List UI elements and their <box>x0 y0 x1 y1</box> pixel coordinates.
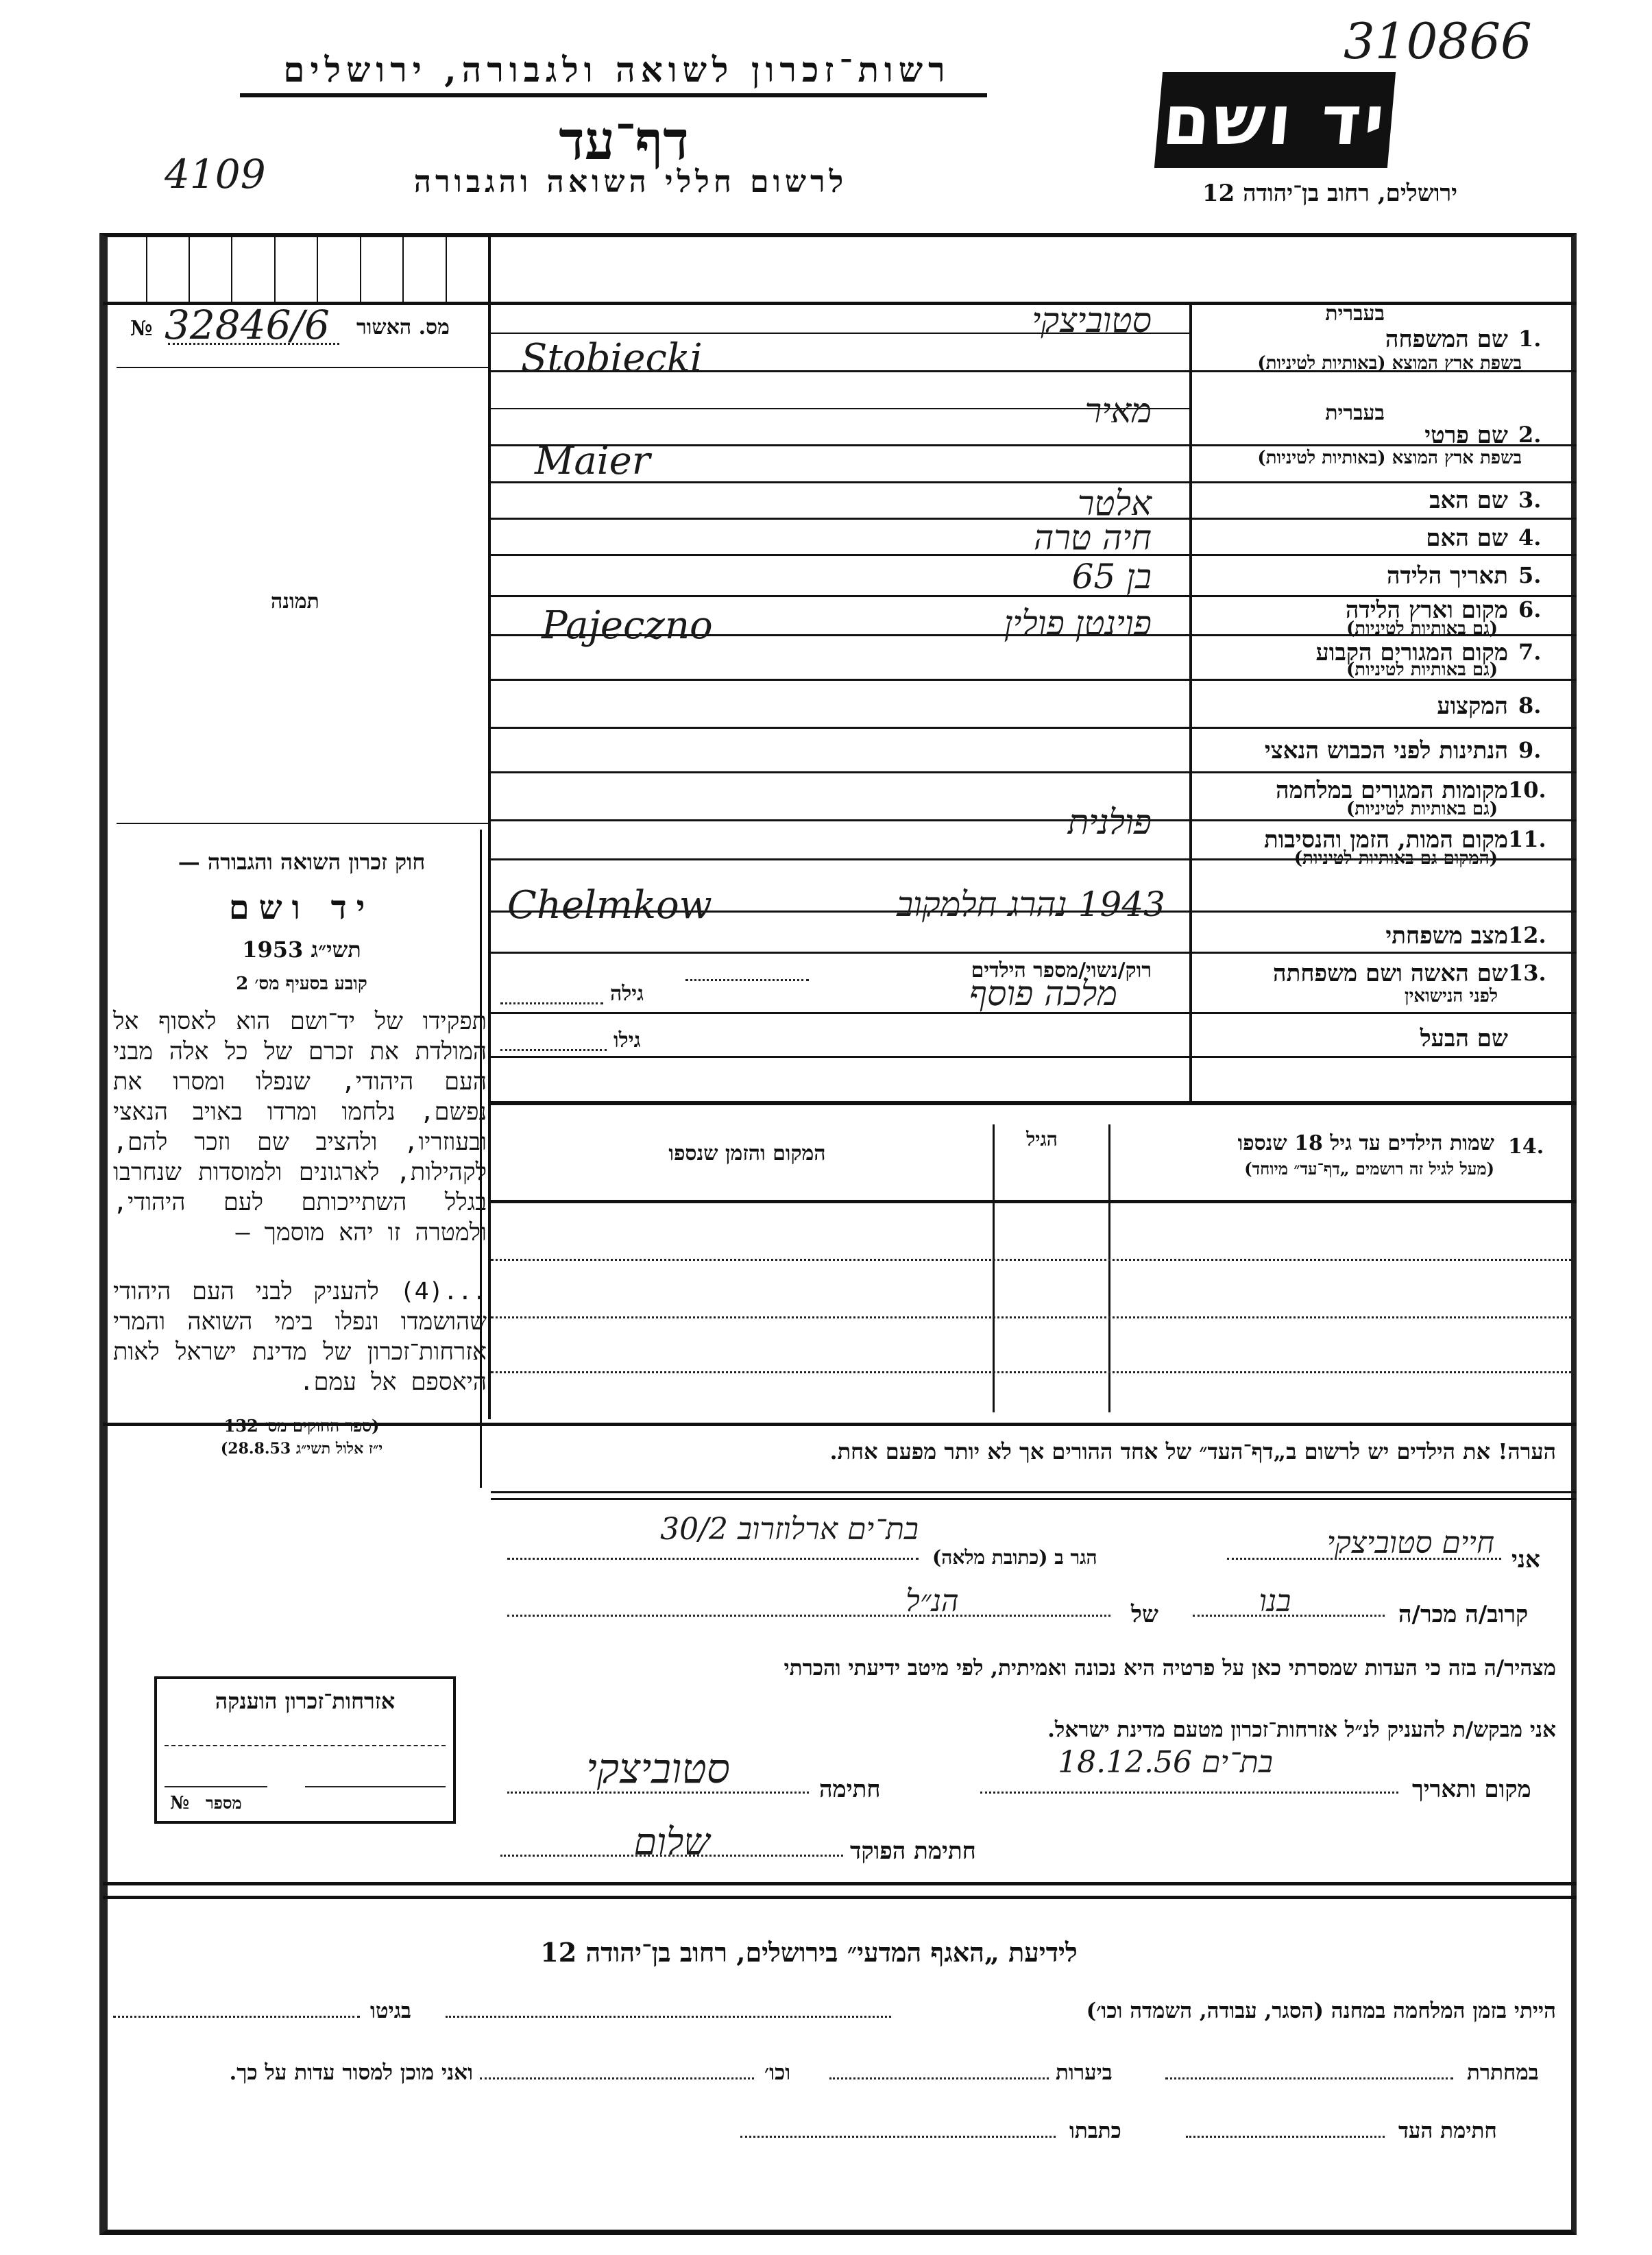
field-4-value[interactable]: חיה טרה <box>823 518 1152 557</box>
field-9-label: הנתינות לפני הכבוש הנאצי <box>1206 737 1508 764</box>
children-col-divider <box>1108 1124 1110 1412</box>
box-divider <box>146 237 147 302</box>
citizenship-box-title: אזרחות־זכרון הוענקה <box>158 1688 452 1714</box>
law-title: חוק זכרון השואה והגבורה — <box>113 849 490 875</box>
box-divider <box>189 237 190 302</box>
box-divider <box>274 237 276 302</box>
field-10-number: 10. <box>1508 777 1546 803</box>
of-label: של <box>1131 1601 1158 1628</box>
field-2-value-hebrew[interactable]: מאיר <box>891 391 1152 431</box>
field-5-number: 5. <box>1518 562 1541 588</box>
header-rule <box>240 93 987 97</box>
field-6-value-latin[interactable]: Pajeczno <box>542 603 713 648</box>
field-11-value-hebrew[interactable]: 1943 נהרג חלמקוב <box>809 884 1165 924</box>
children-header-rule <box>491 1200 1577 1203</box>
field-7-number: 7. <box>1518 639 1541 665</box>
field-3-number: 3. <box>1518 487 1541 513</box>
note-rule <box>491 1491 1577 1493</box>
field-8-number: 8. <box>1518 692 1541 719</box>
witness-address-field[interactable] <box>740 2136 1056 2138</box>
citizenship-box-line <box>305 1786 446 1787</box>
field-6-value-hebrew[interactable]: פוינטן פולין <box>685 603 1152 643</box>
official-signature-value[interactable]: שלום <box>535 1820 809 1864</box>
form-title: דף־עד <box>480 110 768 172</box>
resides-label: הגר ב (כתובת מלאה) <box>932 1546 1097 1569</box>
law-section: קובע בסעיף מס׳ 2 <box>113 974 490 994</box>
place-date-value[interactable]: בת־ים 18.12.56 <box>980 1745 1350 1780</box>
registration-rule <box>117 367 488 368</box>
note-text: הערה! את הילדים יש לרשום ב„דף־העד״ של אח… <box>500 1438 1556 1464</box>
children-row-1[interactable] <box>491 1259 1577 1261</box>
of-line <box>507 1615 1110 1617</box>
citizenship-box-no-symbol: № <box>170 1793 189 1813</box>
etc-label: וכו׳ <box>764 2060 790 2085</box>
signature-value[interactable]: סטוביצקי <box>507 1745 809 1793</box>
handwritten-number: 4109 <box>165 151 266 197</box>
husband-age-field[interactable] <box>500 1049 607 1051</box>
law-box-right-border <box>480 830 482 1488</box>
field-5-value[interactable]: בן 65 <box>925 557 1152 596</box>
field-6-latin-note: (גם באותיות לטיניות) <box>1196 618 1498 639</box>
children-bottom-rule <box>103 1423 1577 1426</box>
form-subtitle: לרשום חללי השואה והגבורה <box>329 165 932 200</box>
citizenship-box-line <box>165 1786 267 1787</box>
camp-label: הייתי בזמן המלחמה במחנה (הסגר, עבודה, הש… <box>912 1999 1556 2023</box>
box-divider <box>317 237 318 302</box>
place-date-line <box>980 1792 1398 1794</box>
wife-age-field[interactable] <box>500 1002 603 1004</box>
field-4-label: שם האם <box>1206 524 1508 552</box>
place-date-label: מקום ותאריך <box>1412 1776 1531 1803</box>
husband-age-label: גילו <box>614 1028 640 1052</box>
children-col-divider <box>993 1124 995 1412</box>
field-4-number: 4. <box>1518 524 1541 551</box>
organization-name: רשות־זכרון לשואה ולגבורה, ירושלים <box>274 49 960 90</box>
declaration-statement: מצהיר/ה בזה כי העדות שמסרתי כאן על פרטיה… <box>500 1656 1556 1680</box>
declarant-name[interactable]: חיים סטוביצקי <box>1179 1526 1494 1560</box>
section-rule <box>103 1896 1577 1899</box>
law-ref-2: י״ז אלול תשי״ג 28.8.53) <box>113 1440 490 1458</box>
law-year: תשי״ג 1953 <box>113 937 490 963</box>
field-1-hebrew-tag: בעברית <box>1248 302 1385 326</box>
archive-number: 310866 <box>1344 12 1532 70</box>
etc-field[interactable] <box>480 2077 754 2079</box>
photo-rule <box>117 823 488 824</box>
witness-address-label: כתבתו <box>1069 2119 1121 2143</box>
of-value[interactable]: הנ״ל <box>877 1584 987 1619</box>
address-line <box>507 1558 919 1560</box>
logo-text: יד ושם <box>1159 80 1390 160</box>
label-column-divider <box>1189 302 1192 1104</box>
citizenship-box-line[interactable] <box>165 1745 446 1746</box>
box-divider <box>402 237 404 302</box>
field-1-label: שם המשפחה <box>1206 326 1508 353</box>
registration-value[interactable]: 32846/6 <box>165 302 330 348</box>
field-9-number: 9. <box>1518 737 1541 763</box>
field-2-label: שם פרטי <box>1206 422 1508 449</box>
children-section-label: שמות הילדים עד גיל 18 שנספו <box>1110 1131 1494 1155</box>
law-body-1: תפקידו של יד־ושם הוא לאסוף אל המולדת את … <box>113 1006 487 1248</box>
field-2-latin-note: בשפת ארץ המוצא (באותיות לטיניות) <box>1196 448 1522 468</box>
row-rule <box>491 952 1577 954</box>
yad-vashem-logo: יד ושם <box>1154 72 1396 168</box>
declaration-i-label: אני <box>1511 1546 1540 1573</box>
field-11-latin-note: (המקום גם באותיות לטיניות) <box>1196 848 1498 869</box>
box-divider <box>231 237 232 302</box>
willing-to-testify: ואני מוכן למסור עדות על כך. <box>110 2060 473 2085</box>
law-ref-1: (ספר החוקים מס׳ 132 <box>113 1416 490 1436</box>
field-1-value-latin[interactable]: Stobiecki <box>521 336 703 381</box>
field-13-number: 13. <box>1508 960 1546 986</box>
forests-label: ביערות <box>1056 2060 1113 2085</box>
row-rule <box>491 1101 1577 1105</box>
registration-no-symbol: № <box>130 317 153 341</box>
note-rule <box>491 1498 1577 1500</box>
field-7-latin-note: (גם באותיות לטיניות) <box>1196 660 1498 680</box>
field-13-label: שם האשה ושם משפחתה <box>1206 960 1508 987</box>
underground-field[interactable] <box>1165 2077 1453 2079</box>
witness-signature-field[interactable] <box>1186 2136 1385 2138</box>
field-3-label: שם האב <box>1206 487 1508 514</box>
field-1-value-hebrew[interactable]: סטוביצקי <box>823 300 1152 340</box>
citizenship-request: אני מבקש/ת להעניק לנ״ל אזרחות־זכרון מטעם… <box>685 1717 1556 1742</box>
wife-age-label: גילה <box>610 982 644 1006</box>
field-10-latin-note: (גם באותיות לטיניות) <box>1196 799 1498 819</box>
children-section-number: 14. <box>1508 1135 1544 1159</box>
field-1-number: 1. <box>1518 326 1541 352</box>
box-divider <box>488 237 491 302</box>
field-2-number: 2. <box>1518 422 1541 448</box>
box-divider <box>446 237 447 302</box>
citizenship-box-number-label: מספר <box>206 1793 242 1813</box>
children-row-3[interactable] <box>491 1371 1577 1373</box>
relation-label: קרוב/ה מכר/ה <box>1398 1601 1528 1628</box>
relation-value[interactable]: בנו <box>1206 1584 1344 1619</box>
row-rule <box>491 727 1577 729</box>
ghetto-field[interactable] <box>113 2016 360 2018</box>
children-section-note: (מעל לגיל זה רושמים „דף־עד״ מיוחד) <box>1110 1159 1494 1179</box>
field-12-number: 12. <box>1508 922 1546 948</box>
field-2-value-latin[interactable]: Maier <box>535 439 651 483</box>
field-1-latin-note: בשפת ארץ המוצא (באותיות לטיניות) <box>1196 353 1522 374</box>
registration-label: מס. האשור <box>356 315 450 339</box>
witness-signature-label: חתימת העד <box>1398 2119 1497 2143</box>
law-name: יד ושם <box>113 889 490 927</box>
field-6-number: 6. <box>1518 596 1541 623</box>
row-rule <box>491 771 1577 773</box>
box-divider <box>360 237 361 302</box>
field-12-label: מצב משפחתי <box>1206 922 1508 950</box>
official-signature-label: חתימת הפוקד <box>850 1837 976 1865</box>
field-8-label: המקצוע <box>1206 692 1508 720</box>
field-13-value[interactable]: מלכה פוסף <box>720 974 1117 1013</box>
field-5-label: תאריך הלידה <box>1206 562 1508 590</box>
law-body-2: ...(4) להעניק לבני העם היהודי שהושמדו ונ… <box>113 1277 487 1397</box>
field-11-number: 11. <box>1508 826 1546 852</box>
field-11-value-latin[interactable]: Chelmkow <box>507 883 712 928</box>
logo-address: ירושלים, רחוב בן־יהודה 12 <box>1138 180 1522 207</box>
underground-label: במחתרת <box>1467 2060 1539 2085</box>
husband-name-label: שם הבעל <box>1206 1025 1508 1052</box>
camp-field[interactable] <box>446 2016 891 2018</box>
ghetto-label: בגיטו <box>370 1999 411 2023</box>
signature-label: חתימה <box>819 1776 880 1803</box>
children-col-place-time: המקום והזמן שנספו <box>507 1142 987 1166</box>
field-13-latin-note: לפני הנישואין <box>1196 986 1498 1006</box>
children-col-age: הגיל <box>1001 1128 1083 1151</box>
field-9-value[interactable]: פולנית <box>891 802 1152 842</box>
science-dept-title: לידיעת „האגף המדעי״ בירושלים, רחוב בן־יה… <box>411 1937 1206 1968</box>
section-rule <box>103 1882 1577 1885</box>
photo-area[interactable] <box>117 370 487 823</box>
children-row-2[interactable] <box>491 1316 1577 1318</box>
address-value[interactable]: בת־ים ארלוזרוב 30/2 <box>507 1512 919 1547</box>
row-rule <box>491 1056 1577 1058</box>
forests-field[interactable] <box>829 2077 1049 2079</box>
